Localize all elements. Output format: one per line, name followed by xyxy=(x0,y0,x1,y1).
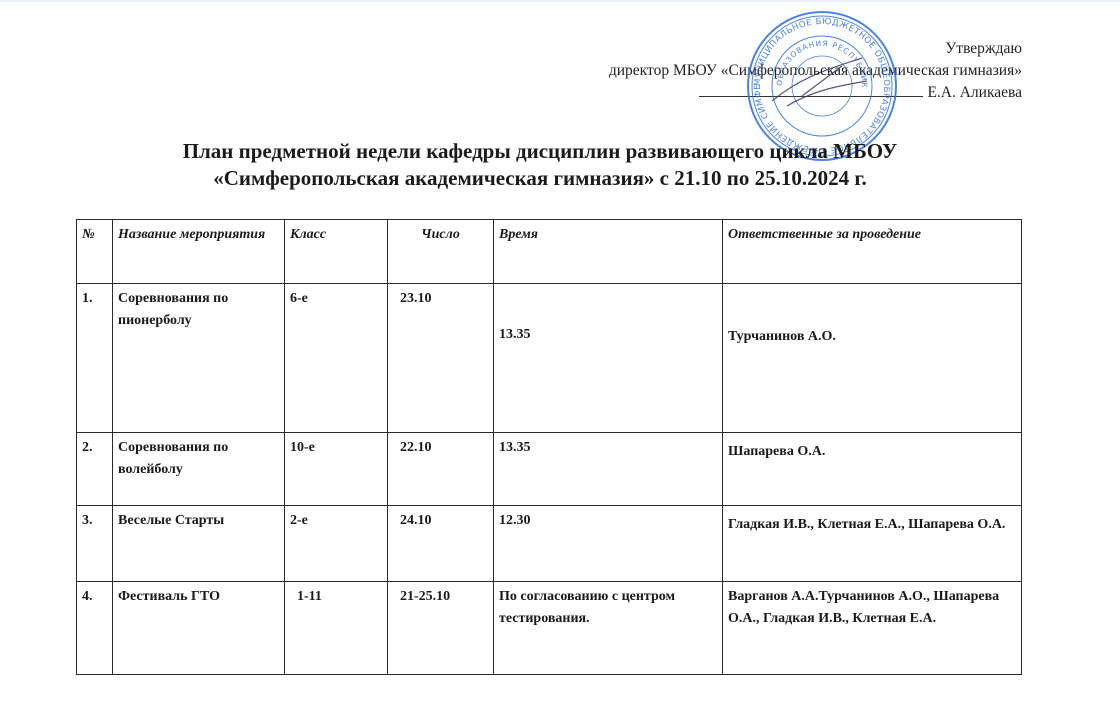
title-line-2: «Симферопольская академическая гимназия»… xyxy=(100,165,980,192)
document-title: План предметной недели кафедры дисциплин… xyxy=(100,138,980,192)
cell-number: 3. xyxy=(77,506,113,582)
cell-date: 22.10 xyxy=(388,433,494,506)
cell-event-name: Соревнования по пионерболу xyxy=(113,284,285,433)
header-responsible: Ответственные за проведение xyxy=(723,220,1022,284)
cell-number: 4. xyxy=(77,582,113,675)
cell-time: 13.35 xyxy=(494,284,723,433)
cell-number: 2. xyxy=(77,433,113,506)
table-row: 2. Соревнования по волейболу 10-е 22.10 … xyxy=(77,433,1022,506)
cell-date: 23.10 xyxy=(388,284,494,433)
cell-event-name: Веселые Старты xyxy=(113,506,285,582)
cell-responsible: Гладкая И.В., Клетная Е.А., Шапарева О.А… xyxy=(723,506,1022,582)
cell-time: 13.35 xyxy=(494,433,723,506)
table-row: 3. Веселые Старты 2-е 24.10 12.30 Гладка… xyxy=(77,506,1022,582)
approval-block: Утверждаю директор МБОУ «Симферопольская… xyxy=(609,38,1022,104)
approval-heading: Утверждаю xyxy=(609,38,1022,60)
signature-line xyxy=(699,82,923,97)
header-number: № xyxy=(77,220,113,284)
events-plan-table: № Название мероприятия Класс Число Время… xyxy=(76,219,1022,675)
cell-class: 10-е xyxy=(285,433,388,506)
director-name: Е.А. Аликаева xyxy=(927,82,1022,104)
cell-event-name: Соревнования по волейболу xyxy=(113,433,285,506)
header-class: Класс xyxy=(285,220,388,284)
table-header-row: № Название мероприятия Класс Число Время… xyxy=(77,220,1022,284)
cell-class: 1-11 xyxy=(285,582,388,675)
cell-event-name: Фестиваль ГТО xyxy=(113,582,285,675)
cell-time: 12.30 xyxy=(494,506,723,582)
cell-responsible: Шапарева О.А. xyxy=(723,433,1022,506)
cell-responsible: Варганов А.А.Турчанинов А.О., Шапарева О… xyxy=(723,582,1022,675)
signature-row: Е.А. Аликаева xyxy=(609,82,1022,104)
header-event-name: Название мероприятия xyxy=(113,220,285,284)
approval-position: директор МБОУ «Симферопольская академиче… xyxy=(609,60,1022,82)
cell-class: 6-е xyxy=(285,284,388,433)
cell-number: 1. xyxy=(77,284,113,433)
viewer-top-strip xyxy=(0,0,1120,2)
table-row: 1. Соревнования по пионерболу 6-е 23.10 … xyxy=(77,284,1022,433)
cell-class: 2-е xyxy=(285,506,388,582)
cell-responsible: Турчанинов А.О. xyxy=(723,284,1022,433)
header-date: Число xyxy=(388,220,494,284)
cell-date: 21-25.10 xyxy=(388,582,494,675)
title-line-1: План предметной недели кафедры дисциплин… xyxy=(100,138,980,165)
cell-time: По согласованию с центром тестирования. xyxy=(494,582,723,675)
table-row: 4. Фестиваль ГТО 1-11 21-25.10 По соглас… xyxy=(77,582,1022,675)
header-time: Время xyxy=(494,220,723,284)
cell-date: 24.10 xyxy=(388,506,494,582)
